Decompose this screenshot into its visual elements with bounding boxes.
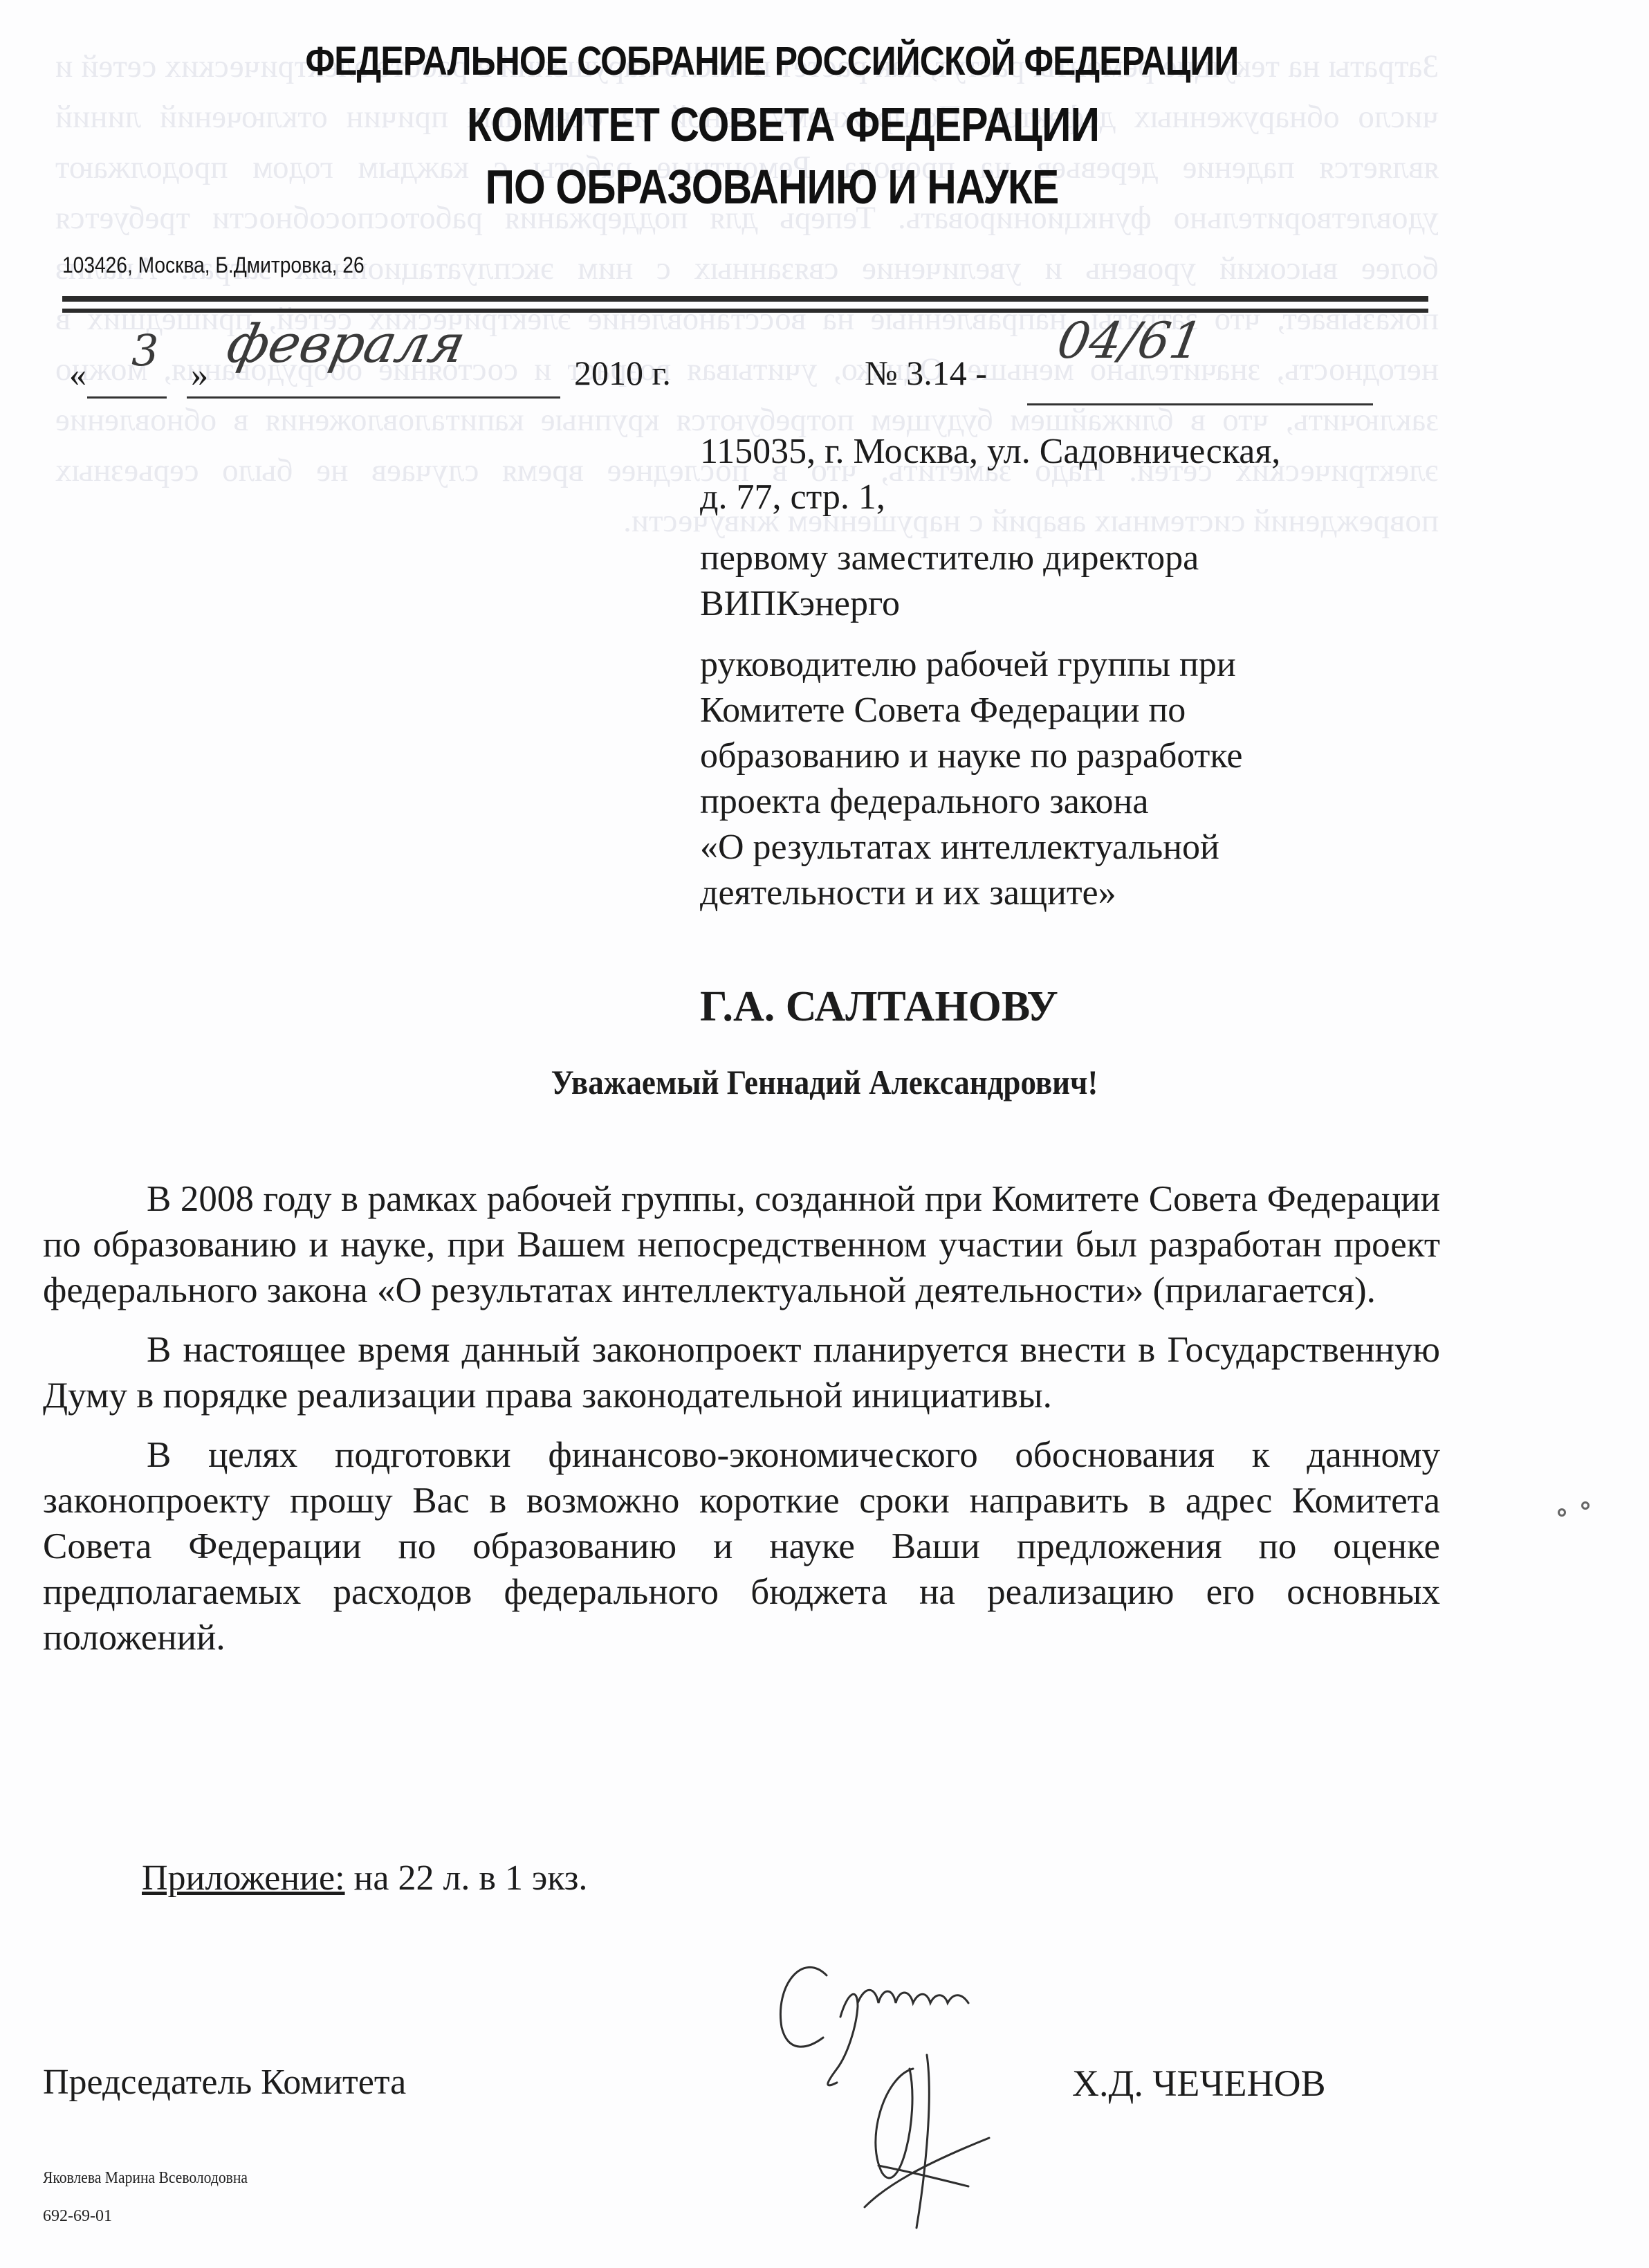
recipient-position-line: деятельности и их защите» — [700, 870, 1530, 916]
recipient-block: 115035, г. Москва, ул. Садовническая, д.… — [700, 429, 1530, 916]
quote-open: « — [69, 354, 86, 394]
letterhead-committee-subject: ПО ОБРАЗОВАНИЮ И НАУКЕ — [80, 159, 1465, 214]
attachment-note: Приложение: на 22 л. в 1 экз. — [142, 1858, 587, 1899]
letterhead-assembly: ФЕДЕРАЛЬНОЕ СОБРАНИЕ РОССИЙСКОЙ ФЕДЕРАЦИ… — [63, 38, 1481, 84]
attachment-text: на 22 л. в 1 экз. — [345, 1858, 588, 1898]
scan-speck — [1558, 1508, 1566, 1517]
body-paragraph: В настоящее время данный законопроект пл… — [43, 1327, 1440, 1418]
date-month-handwritten: февраля — [222, 313, 471, 374]
outgoing-number-handwritten: 04/61 — [1053, 311, 1207, 369]
executor-name: Яковлева Марина Всеволодовна — [43, 2169, 248, 2188]
recipient-name: Г.А. САЛТАНОВУ — [700, 982, 1058, 1032]
letterhead-address: 103426, Москва, Б.Дмитровка, 26 — [62, 253, 365, 278]
letterhead-committee: КОМИТЕТ СОВЕТА ФЕДЕРАЦИИ — [91, 97, 1476, 152]
recipient-position-line: первому заместителю директора — [700, 536, 1530, 581]
header-rule-top — [62, 296, 1428, 302]
recipient-position-line: проекта федерального закона — [700, 779, 1530, 825]
day-underline — [87, 396, 167, 399]
recipient-position-line: ВИПКэнерго — [700, 581, 1530, 627]
scan-speck — [1581, 1501, 1590, 1510]
quote-close: » — [191, 354, 208, 394]
recipient-position-line: «О результатах интеллектуальной — [700, 825, 1530, 870]
recipient-position-line: Комитете Совета Федерации по — [700, 688, 1530, 733]
letter-body: В 2008 году в рамках рабочей группы, соз… — [43, 1176, 1440, 1674]
recipient-address-line: 115035, г. Москва, ул. Садовническая, — [700, 429, 1530, 475]
salutation: Уважаемый Геннадий Александрович! — [82, 1062, 1567, 1102]
recipient-position-line: образованию и науке по разработке — [700, 733, 1530, 779]
outgoing-number-label: № 3.14 - — [865, 353, 987, 393]
letter-page: Затраты на текущие ремонты растут, как р… — [0, 0, 1649, 2268]
attachment-label: Приложение: — [142, 1858, 345, 1898]
date-year: 2010 г. — [574, 353, 671, 393]
signatory-name: Х.Д. ЧЕЧЕНОВ — [1072, 2062, 1326, 2105]
date-and-number-line: « 3 » февраля 2010 г. № 3.14 - 04/61 — [62, 325, 1446, 394]
date-day-handwritten: 3 — [131, 325, 158, 376]
month-underline — [187, 396, 560, 399]
signatory-title: Председатель Комитета — [43, 2062, 406, 2103]
recipient-position-line: руководителю рабочей группы при — [700, 642, 1530, 688]
recipient-address-line: д. 77, стр. 1, — [700, 475, 1530, 520]
executor-phone: 692-69-01 — [43, 2207, 112, 2226]
body-paragraph: В 2008 году в рамках рабочей группы, соз… — [43, 1176, 1440, 1313]
number-underline — [1027, 403, 1373, 405]
body-paragraph: В целях подготовки финансово-экономическ… — [43, 1432, 1440, 1661]
